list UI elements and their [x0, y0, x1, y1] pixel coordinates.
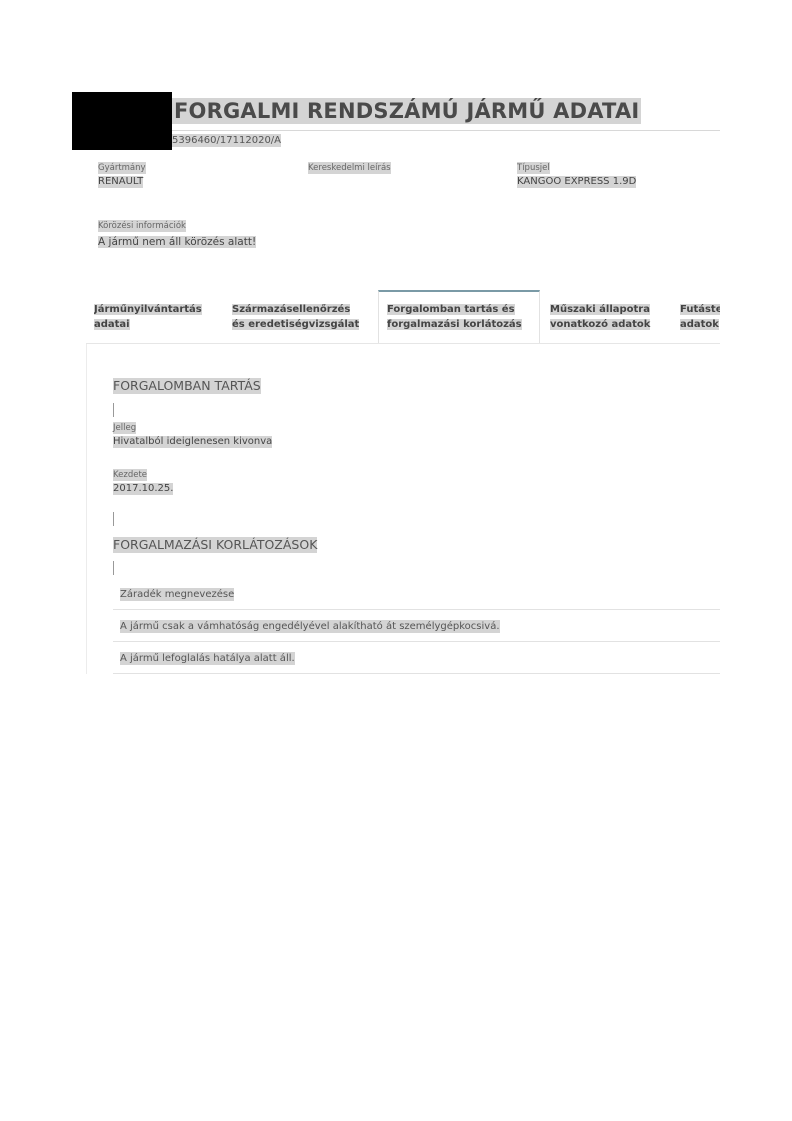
row-divider — [113, 609, 720, 610]
separator-mark — [113, 403, 114, 417]
wanted-info-field: Körözési információk A jármű nem áll kör… — [98, 220, 256, 249]
circulation-start-label: Kezdete — [113, 469, 147, 481]
tab-label: forgalmazási korlátozás — [387, 319, 522, 330]
type-field: Típusjel KANGOO EXPRESS 1.9D — [517, 162, 636, 188]
tab-label: Származásellenőrzés — [232, 304, 350, 315]
tab-circulation-restrictions[interactable]: Forgalomban tartás és forgalmazási korlá… — [378, 290, 540, 344]
tab-label: és eredetiségvizsgálat — [232, 319, 359, 330]
type-value: KANGOO EXPRESS 1.9D — [517, 176, 636, 188]
circulation-start-field: Kezdete 2017.10.25. — [113, 469, 173, 495]
circulation-type-label: Jelleg — [113, 422, 136, 434]
type-label: Típusjel — [517, 162, 550, 174]
commercial-description-field: Kereskedelmi leírás — [308, 162, 391, 186]
row-divider — [113, 673, 720, 674]
restriction-row: A jármű lefoglalás hatálya alatt áll. — [120, 652, 295, 665]
title-divider — [172, 130, 720, 131]
tab-origin-check[interactable]: Származásellenőrzés és eredetiségvizsgál… — [232, 290, 378, 344]
restrictions-section-title: FORGALMAZÁSI KORLÁTOZÁSOK — [113, 537, 317, 553]
tab-registration-data[interactable]: Járműnyilvántartás adatai — [94, 290, 234, 344]
tab-bar: Járműnyilvántartás adatai Származásellen… — [86, 290, 720, 344]
tab-divider — [86, 343, 720, 344]
tab-label: Járműnyilvántartás — [94, 304, 202, 315]
tab-mileage-data[interactable]: Futástel adatok — [680, 290, 720, 344]
row-divider — [113, 641, 720, 642]
tab-label: adatai — [94, 319, 130, 330]
manufacturer-field: Gyártmány RENAULT — [98, 162, 146, 188]
separator-mark — [113, 512, 114, 526]
tab-label: vonatkozó adatok — [550, 319, 650, 330]
page-title: FORGALMI RENDSZÁMÚ JÁRMŰ ADATAI — [172, 98, 641, 124]
circulation-section-title: FORGALOMBAN TARTÁS — [113, 378, 261, 394]
tab-label: adatok — [680, 319, 719, 330]
manufacturer-value: RENAULT — [98, 176, 143, 188]
redacted-plate-block — [72, 92, 172, 150]
circulation-type-value: Hivatalból ideiglenesen kivonva — [113, 436, 272, 448]
tab-label: Forgalomban tartás és — [387, 304, 515, 315]
circulation-start-value: 2017.10.25. — [113, 483, 173, 495]
manufacturer-label: Gyártmány — [98, 162, 146, 174]
restrictions-column-header: Záradék megnevezése — [120, 588, 234, 601]
tab-label: Műszaki állapotra — [550, 304, 650, 315]
circulation-type-field: Jelleg Hivatalból ideiglenesen kivonva — [113, 422, 272, 448]
commercial-description-label: Kereskedelmi leírás — [308, 162, 391, 174]
restriction-row: A jármű csak a vámhatóság engedélyével a… — [120, 620, 500, 633]
separator-mark — [113, 561, 114, 575]
wanted-info-label: Körözési információk — [98, 220, 186, 232]
wanted-info-value: A jármű nem áll körözés alatt! — [98, 236, 256, 248]
tab-technical-data[interactable]: Műszaki állapotra vonatkozó adatok — [550, 290, 672, 344]
tab-label: Futástel — [680, 304, 720, 315]
panel-border — [86, 344, 87, 674]
record-id: 5396460/17112020/A — [172, 134, 281, 147]
